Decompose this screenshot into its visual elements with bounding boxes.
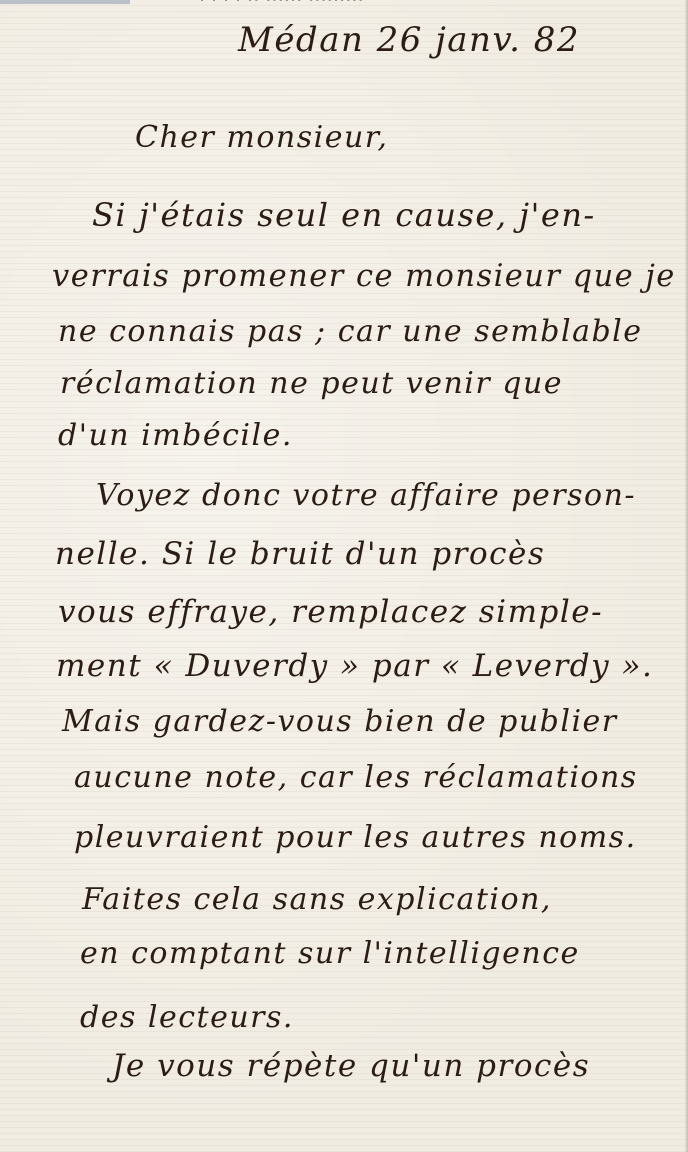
letter-line: verrais promener ce monsieur que je <box>52 258 676 294</box>
letter-line: Mais gardez-vous bien de publier <box>62 704 618 739</box>
letter-line: aucune note, car les réclamations <box>74 760 638 795</box>
letter-line: réclamation ne peut venir que <box>60 366 563 401</box>
letter-line: Je vous répète qu'un procès <box>112 1048 590 1084</box>
letter-line: Si j'étais seul en cause, j'en- <box>92 196 596 234</box>
letter-line: d'un imbécile. <box>58 418 293 453</box>
letterhead-printed-text: · · · · ·· ······ ········· <box>200 0 365 6</box>
dateline: Médan 26 janv. 82 <box>238 20 580 60</box>
letter-line: vous effraye, remplacez simple- <box>58 594 603 630</box>
letter-line: des lecteurs. <box>80 1000 294 1035</box>
letter-line: Faites cela sans explication, <box>82 882 552 917</box>
letter-line: Voyez donc votre affaire person- <box>96 478 636 513</box>
letter-line: ne connais pas ; car une semblable <box>58 314 643 349</box>
letter-line: ment « Duverdy » par « Leverdy ». <box>56 648 653 684</box>
salutation: Cher monsieur, <box>135 120 388 155</box>
letter-line: pleuvraient pour les autres noms. <box>74 820 637 855</box>
letter-line: en comptant sur l'intelligence <box>80 936 580 971</box>
page-edge-shadow <box>0 0 130 4</box>
letterhead-fragment: · · · · ·· ······ ········· <box>0 0 688 6</box>
letter-line: nelle. Si le bruit d'un procès <box>55 536 545 572</box>
letter-page: · · · · ·· ······ ········· Médan 26 jan… <box>0 0 688 1152</box>
